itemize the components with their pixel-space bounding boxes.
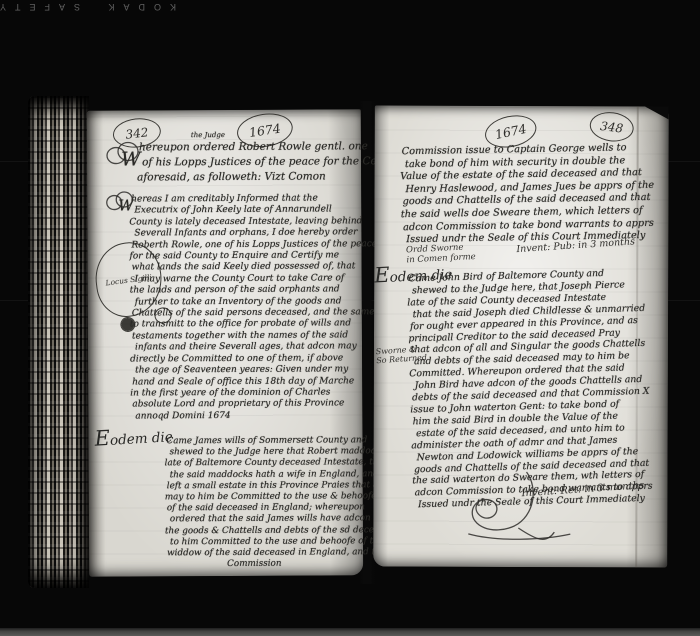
entry-text: Commission issue to Captain George wells…	[402, 142, 656, 247]
initial-flourish-icon: W	[105, 188, 135, 214]
page-corner-notch	[645, 106, 669, 119]
entry-whereupon: the Judge W hereupon ordered Robert Rowl…	[139, 139, 401, 185]
margin-note-eodem-die: Eodem die	[94, 422, 173, 450]
svg-text:W: W	[121, 148, 142, 170]
initial-letter-ornament: W	[105, 138, 143, 174]
microfilm-frame: SAFETY KODAK 342 1674 the Judge W hereup…	[0, 0, 700, 636]
entry-text: hereupon ordered Robert Rowle gentl. one…	[139, 139, 401, 185]
entry-commission: Commission issue to Captain George wells…	[402, 144, 654, 246]
initial-letter-ornament: W	[105, 188, 135, 218]
entry-text: hereas I am creditably Informed that the…	[131, 193, 378, 422]
film-brand-label: KODAK	[88, 2, 176, 12]
film-safety-label: SAFETY	[0, 2, 80, 12]
svg-text:W: W	[118, 196, 135, 214]
signature-flourish-icon	[458, 466, 578, 552]
right-page-number: 348	[588, 110, 635, 144]
interline-note: the Judge	[191, 131, 225, 139]
initial-flourish-icon: W	[105, 138, 143, 170]
right-page: 1674 348 Commission issue to Captain Geo…	[373, 105, 669, 567]
book-page-edges	[28, 96, 89, 588]
entry-whereas: W hereas I am creditably Informed that t…	[131, 193, 378, 422]
film-edge-strip	[0, 628, 700, 636]
left-page: 342 1674 the Judge W hereupon ordered Ro…	[87, 109, 363, 576]
